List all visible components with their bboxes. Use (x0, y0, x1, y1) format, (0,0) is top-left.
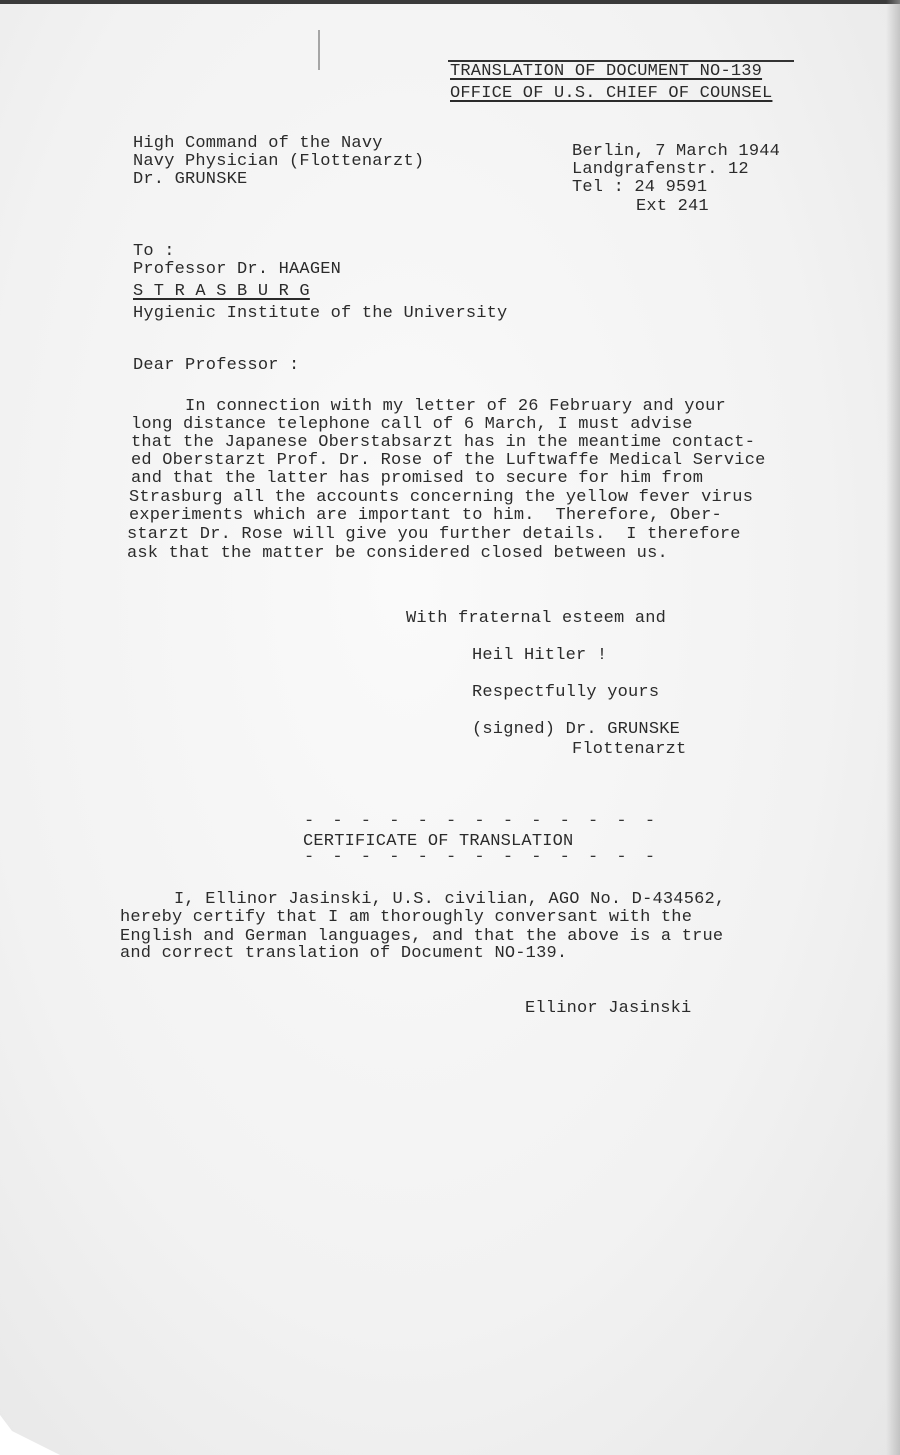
body-line: ask that the matter be considered closed… (127, 545, 668, 563)
page-top-edge (0, 0, 900, 4)
recipient-name: Professor Dr. HAAGEN (133, 261, 341, 279)
recipient-institute: Hygienic Institute of the University (133, 305, 507, 323)
closing-line-1: With fraternal esteem and (406, 610, 666, 628)
certificate-line: and correct translation of Document NO-1… (120, 945, 567, 963)
body-line: and that the latter has promised to secu… (131, 470, 703, 488)
tel-line: Tel : 24 9591 (572, 179, 707, 197)
to-label: To : (133, 243, 175, 261)
sender-line: Navy Physician (Flottenarzt) (133, 153, 424, 171)
certificate-line: hereby certify that I am thoroughly conv… (120, 909, 692, 927)
body-line: starzt Dr. Rose will give you further de… (127, 526, 741, 544)
salutation: Dear Professor : (133, 357, 299, 375)
stray-mark (318, 30, 320, 70)
sender-line: Dr. GRUNSKE (133, 171, 247, 189)
torn-corner (0, 1415, 60, 1455)
sender-line: High Command of the Navy (133, 135, 383, 153)
signer-title: Flottenarzt (572, 741, 686, 759)
divider-dashes: - - - - - - - - - - - - - (304, 812, 659, 831)
closing-line-2: Heil Hitler ! (472, 647, 607, 665)
address-line: Landgrafenstr. 12 (572, 161, 749, 179)
certificate-line: I, Ellinor Jasinski, U.S. civilian, AGO … (122, 891, 725, 909)
certificate-signer: Ellinor Jasinski (525, 1000, 691, 1018)
divider-dashes: - - - - - - - - - - - - - (304, 848, 659, 867)
document-page: TRANSLATION OF DOCUMENT NO-139 OFFICE OF… (0, 0, 900, 1455)
date-line: Berlin, 7 March 1944 (572, 143, 780, 161)
body-line: long distance telephone call of 6 March,… (131, 416, 693, 434)
body-line: Strasburg all the accounts concerning th… (129, 489, 753, 507)
body-line: ed Oberstarzt Prof. Dr. Rose of the Luft… (131, 452, 766, 470)
recipient-city: S T R A S B U R G (133, 283, 310, 301)
header-line-2: OFFICE OF U.S. CHIEF OF COUNSEL (450, 85, 772, 103)
closing-line-3: Respectfully yours (472, 684, 659, 702)
page-right-shadow (886, 0, 900, 1455)
header-line-1: TRANSLATION OF DOCUMENT NO-139 (450, 63, 762, 81)
body-line: In connection with my letter of 26 Febru… (133, 398, 726, 416)
body-line: that the Japanese Oberstabsarzt has in t… (131, 434, 755, 452)
body-line: experiments which are important to him. … (129, 507, 722, 525)
signature: (signed) Dr. GRUNSKE (472, 721, 680, 739)
ext-line: Ext 241 (636, 198, 709, 216)
